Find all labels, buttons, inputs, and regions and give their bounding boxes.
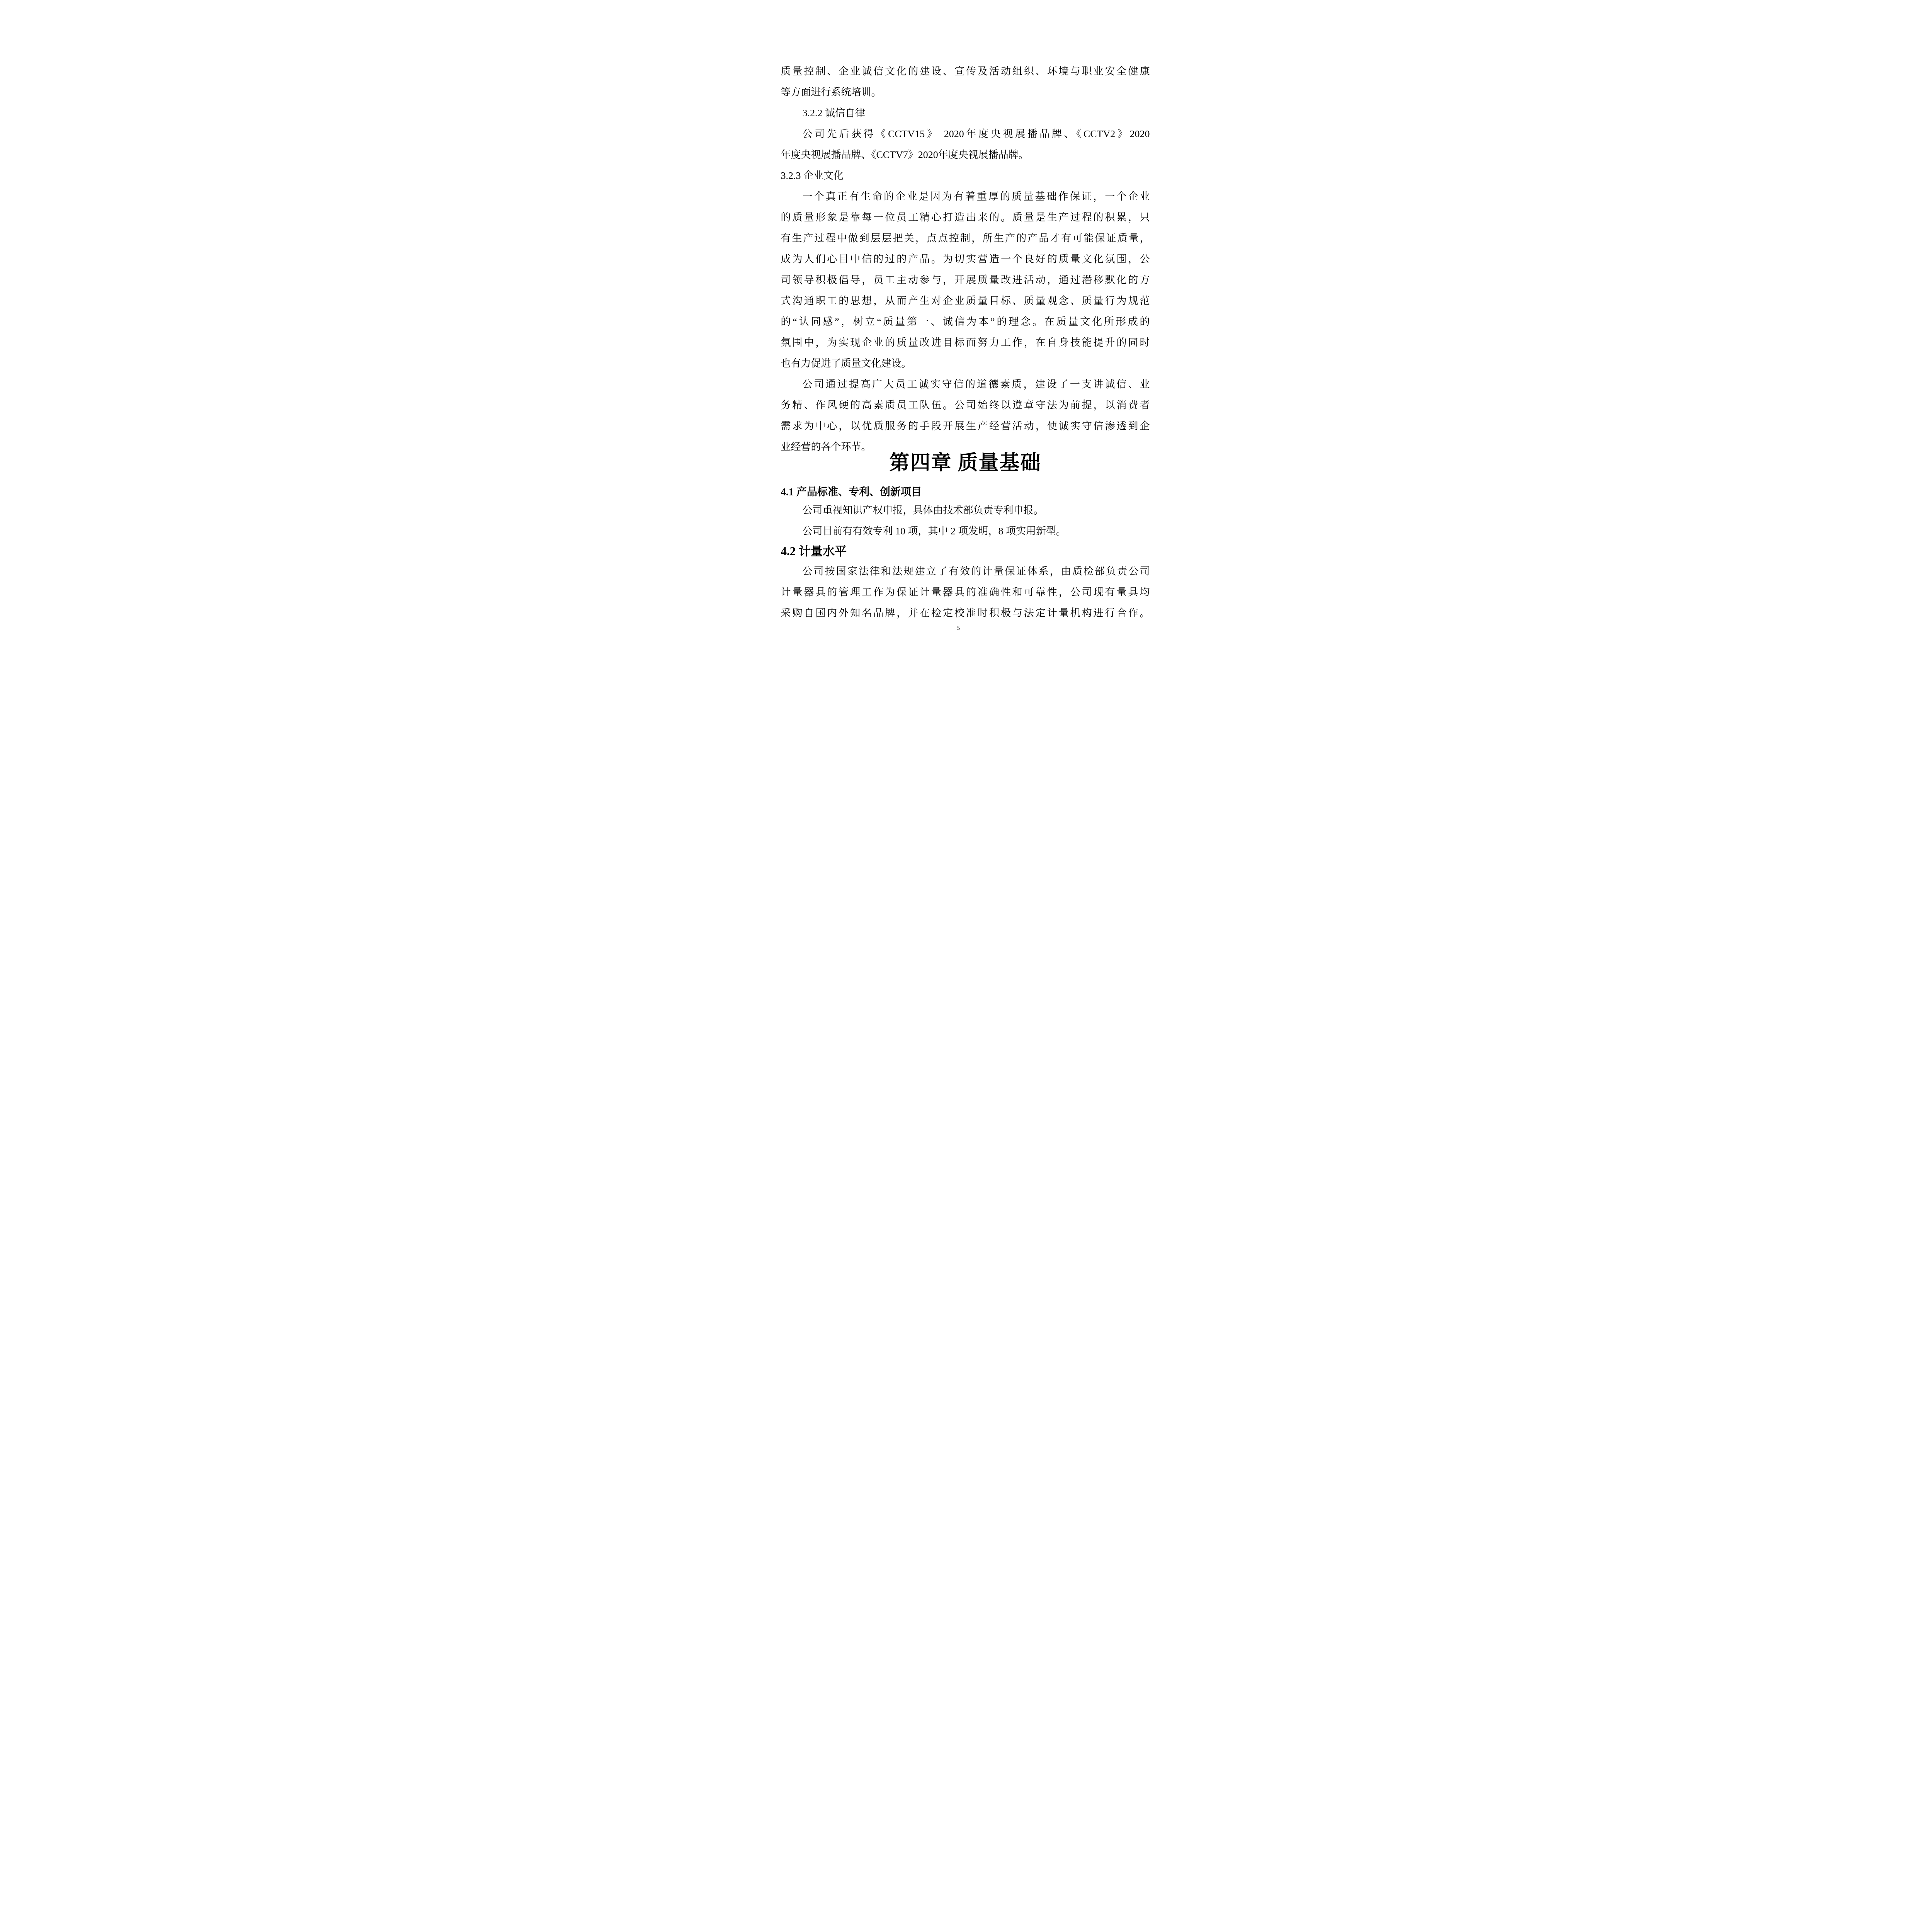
- paragraph-line: 成为人们心目中信的过的产品。为切实营造一个良好的质量文化氛围，公: [781, 249, 1150, 270]
- document-page: 质量控制、企业诚信文化的建设、宣传及活动组织、环境与职业安全健康 等方面进行系统…: [719, 0, 1198, 678]
- paragraph-line: 公司先后获得《CCTV15》 2020年度央视展播品牌、《CCTV2》2020: [781, 124, 1150, 145]
- paragraph-line: 公司目前有有效专利 10 项，其中 2 项发明，8 项实用新型。: [781, 521, 1150, 542]
- paragraph-line: 式沟通职工的思想，从而产生对企业质量目标、质量观念、质量行为规范: [781, 291, 1150, 311]
- heading-4-1: 4.1 产品标准、专利、创新项目: [781, 484, 1150, 500]
- paragraph-line: 一个真正有生命的企业是因为有着重厚的质量基础作保证，一个企业: [781, 186, 1150, 207]
- paragraph-line: 司领导积极倡导，员工主动参与，开展质量改进活动，通过潜移默化的方: [781, 270, 1150, 291]
- paragraph-line: 有生产过程中做到层层把关，点点控制，所生产的产品才有可能保证质量，: [781, 228, 1150, 249]
- heading-4-2: 4.2 计量水平: [781, 542, 1150, 561]
- paragraph-line: 采购自国内外知名品牌，并在检定校准时积极与法定计量机构进行合作。: [781, 603, 1150, 624]
- paragraph-line: 公司重视知识产权申报，具体由技术部负责专利申报。: [781, 500, 1150, 521]
- paragraph-line: 计量器具的管理工作为保证计量器具的准确性和可靠性，公司现有量具均: [781, 582, 1150, 603]
- heading-3-2-3: 3.2.3 企业文化: [781, 165, 1150, 186]
- paragraph-line: 的质量形象是靠每一位员工精心打造出来的。质量是生产过程的积累，只: [781, 207, 1150, 228]
- paragraph-line: 氛围中，为实现企业的质量改进目标而努力工作，在自身技能提升的同时: [781, 332, 1150, 353]
- paragraph-line: 质量控制、企业诚信文化的建设、宣传及活动组织、环境与职业安全健康: [781, 61, 1150, 82]
- page-number: 5: [719, 624, 1198, 632]
- text-block: 质量控制、企业诚信文化的建设、宣传及活动组织、环境与职业安全健康 等方面进行系统…: [781, 61, 1150, 624]
- heading-3-2-2: 3.2.2 诚信自律: [781, 103, 1150, 124]
- paragraph-line: 的“认同感”，树立“质量第一、诚信为本”的理念。在质量文化所形成的: [781, 311, 1150, 332]
- paragraph-line: 等方面进行系统培训。: [781, 82, 1150, 103]
- paragraph-line: 公司通过提高广大员工诚实守信的道德素质，建设了一支讲诚信、业: [781, 374, 1150, 395]
- paragraph-line: 年度央视展播品牌、《CCTV7》2020年度央视展播品牌。: [781, 145, 1150, 165]
- paragraph-line: 需求为中心，以优质服务的手段开展生产经营活动，使诚实守信渗透到企: [781, 416, 1150, 437]
- paragraph-line: 也有力促进了质量文化建设。: [781, 353, 1150, 374]
- paragraph-line: 务精、作风硬的高素质员工队伍。公司始终以遵章守法为前提，以消费者: [781, 395, 1150, 416]
- paragraph-line: 公司按国家法律和法规建立了有效的计量保证体系，由质检部负责公司: [781, 561, 1150, 582]
